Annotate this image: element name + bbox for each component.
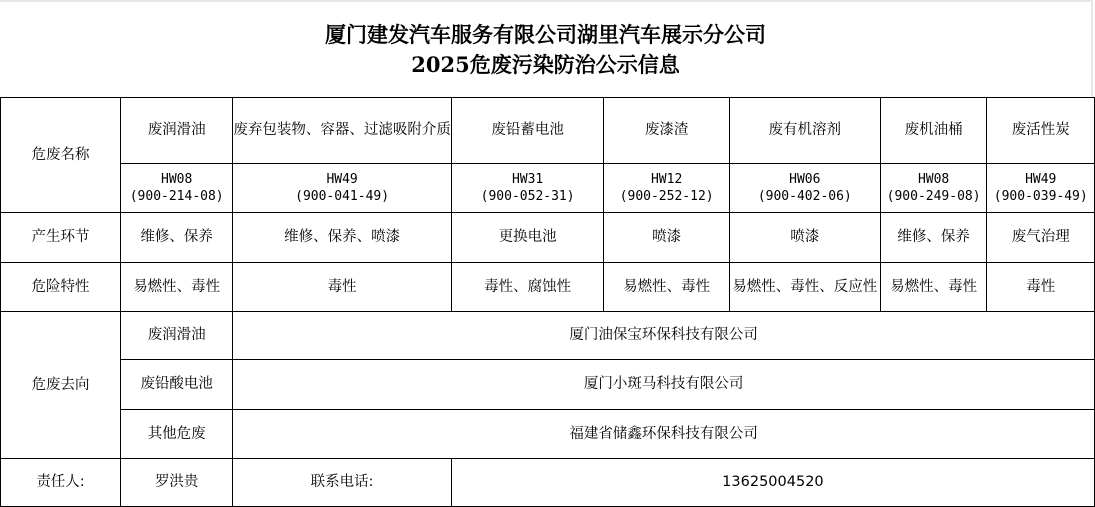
waste-code-cell: HW31(900-052-31)	[451, 164, 604, 213]
waste-name-cell: 废活性炭	[987, 98, 1095, 164]
waste-category: HW12	[604, 171, 728, 188]
waste-code-cell: HW06(900-402-06)	[729, 164, 880, 213]
stage-cell: 维修、保养、喷漆	[233, 213, 452, 263]
waste-code-row: HW08(900-214-08) HW49(900-041-49) HW31(9…	[1, 164, 1095, 213]
waste-name-row: 危废名称 废润滑油 废弃包装物、容器、过滤吸附介质 废铅蓄电池 废漆渣 废有机溶…	[1, 98, 1095, 164]
waste-code: (900-252-12)	[604, 188, 728, 205]
waste-code-cell: HW49(900-041-49)	[233, 164, 452, 213]
stage-cell: 喷漆	[604, 213, 729, 263]
waste-category: HW06	[730, 171, 880, 188]
phone-label: 联系电话:	[233, 459, 452, 507]
stage-label: 产生环节	[1, 213, 121, 263]
stage-cell: 维修、保养	[121, 213, 233, 263]
destination-type: 废铅酸电池	[121, 360, 233, 410]
waste-name-cell: 废有机溶剂	[729, 98, 880, 164]
hazard-cell: 毒性	[987, 263, 1095, 312]
waste-code: (900-402-06)	[730, 188, 880, 205]
destination-row: 废铅酸电池 厦门小斑马科技有限公司	[1, 360, 1095, 410]
responsible-person: 罗洪贵	[121, 459, 233, 507]
stage-cell: 喷漆	[729, 213, 880, 263]
waste-code: (900-052-31)	[452, 188, 604, 205]
hazardous-waste-table: 危废名称 废润滑油 废弃包装物、容器、过滤吸附介质 废铅蓄电池 废漆渣 废有机溶…	[0, 97, 1095, 507]
company-title: 厦门建发汽车服务有限公司湖里汽车展示分公司	[325, 20, 766, 50]
waste-category: HW08	[881, 171, 987, 188]
hazard-cell: 易燃性、毒性、反应性	[729, 263, 880, 312]
stage-cell: 维修、保养	[880, 213, 987, 263]
waste-category: HW49	[987, 171, 1094, 188]
hazard-cell: 易燃性、毒性	[880, 263, 987, 312]
phone-number: 13625004520	[451, 459, 1094, 507]
contact-row: 责任人: 罗洪贵 联系电话: 13625004520	[1, 459, 1095, 507]
waste-code: (900-039-49)	[987, 188, 1094, 205]
responsible-label: 责任人:	[1, 459, 121, 507]
hazard-cell: 易燃性、毒性	[121, 263, 233, 312]
waste-name-cell: 废机油桶	[880, 98, 987, 164]
waste-code: (900-041-49)	[233, 188, 451, 205]
destination-company: 福建省储鑫环保科技有限公司	[233, 410, 1095, 459]
waste-name-cell: 废漆渣	[604, 98, 729, 164]
waste-name-cell: 废铅蓄电池	[451, 98, 604, 164]
waste-code: (900-249-08)	[881, 188, 987, 205]
waste-category: HW31	[452, 171, 604, 188]
waste-code: (900-214-08)	[121, 188, 232, 205]
waste-code-cell: HW08(900-214-08)	[121, 164, 233, 213]
destination-company: 厦门小斑马科技有限公司	[233, 360, 1095, 410]
waste-name-cell: 废润滑油	[121, 98, 233, 164]
destination-row: 危废去向 废润滑油 厦门油保宝环保科技有限公司	[1, 312, 1095, 360]
waste-code-cell: HW49(900-039-49)	[987, 164, 1095, 213]
destination-company: 厦门油保宝环保科技有限公司	[233, 312, 1095, 360]
destination-type: 废润滑油	[121, 312, 233, 360]
destination-type: 其他危废	[121, 410, 233, 459]
stage-row: 产生环节 维修、保养 维修、保养、喷漆 更换电池 喷漆 喷漆 维修、保养 废气治…	[1, 213, 1095, 263]
stage-cell: 废气治理	[987, 213, 1095, 263]
document-header: 厦门建发汽车服务有限公司湖里汽车展示分公司 2025危废污染防治公示信息	[0, 0, 1093, 97]
hazard-label: 危险特性	[1, 263, 121, 312]
stage-cell: 更换电池	[451, 213, 604, 263]
waste-code-cell: HW08(900-249-08)	[880, 164, 987, 213]
waste-category: HW49	[233, 171, 451, 188]
waste-category: HW08	[121, 171, 232, 188]
hazard-cell: 毒性	[233, 263, 452, 312]
waste-name-label: 危废名称	[1, 98, 121, 213]
destination-label: 危废去向	[1, 312, 121, 459]
hazard-cell: 易燃性、毒性	[604, 263, 729, 312]
destination-row: 其他危废 福建省储鑫环保科技有限公司	[1, 410, 1095, 459]
waste-code-cell: HW12(900-252-12)	[604, 164, 729, 213]
hazard-cell: 毒性、腐蚀性	[451, 263, 604, 312]
notice-title: 2025危废污染防治公示信息	[411, 50, 679, 80]
waste-name-cell: 废弃包装物、容器、过滤吸附介质	[233, 98, 452, 164]
hazard-row: 危险特性 易燃性、毒性 毒性 毒性、腐蚀性 易燃性、毒性 易燃性、毒性、反应性 …	[1, 263, 1095, 312]
